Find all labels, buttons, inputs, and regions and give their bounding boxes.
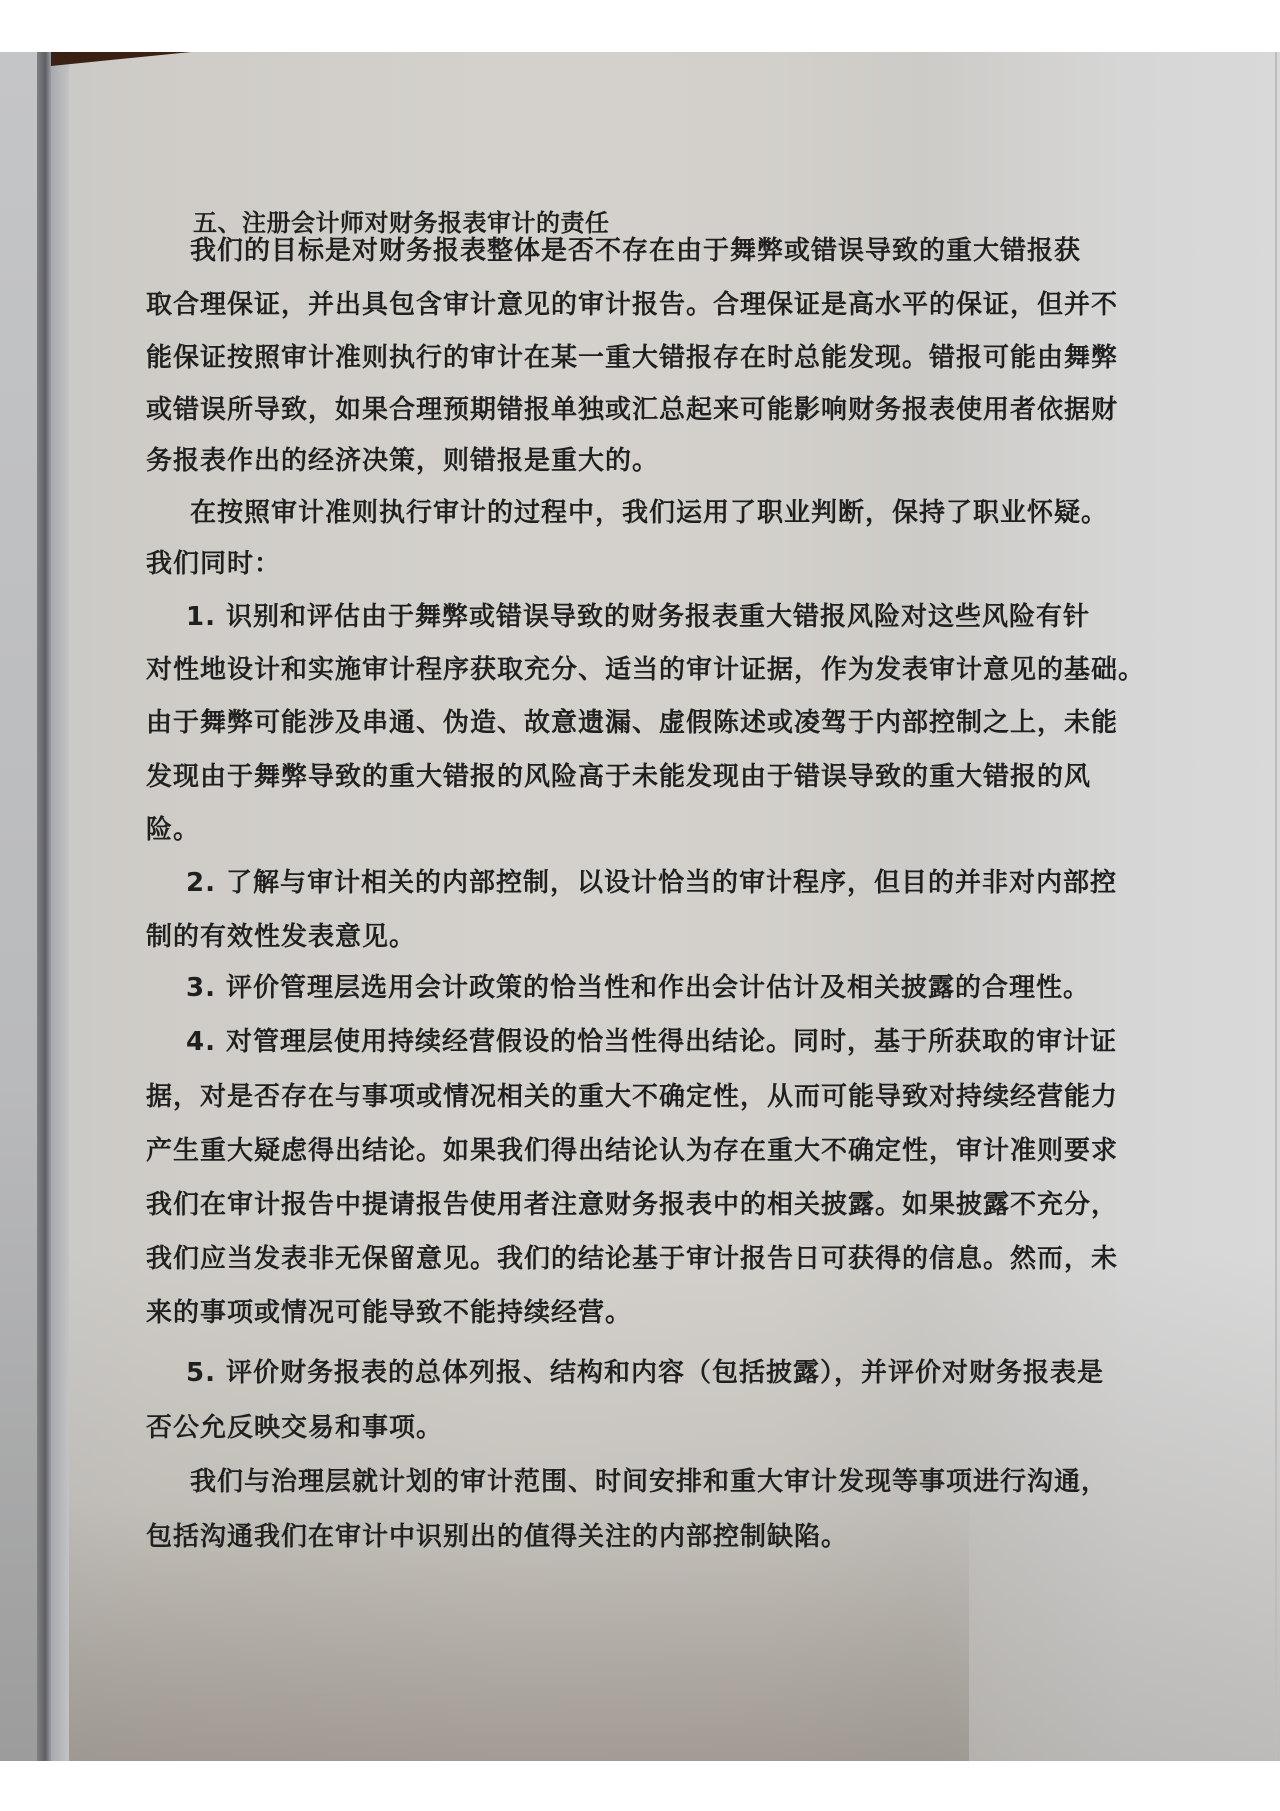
document-page: 五、注册会计师对财务报表审计的责任 我们的目标是对财务报表整体是否不存在由于舞弊… <box>0 0 1280 1811</box>
list-item-line: 由于舞弊可能涉及串通、伪造、故意遗漏、虚假陈述或凌驾于内部控制之上，未能 <box>146 708 1118 738</box>
section-heading: 五、注册会计师对财务报表审计的责任 <box>193 208 610 238</box>
list-item-line: 4. 对管理层使用持续经营假设的恰当性得出结论。同时，基于所获取的审计证 <box>186 1027 1117 1057</box>
list-item-line: 制的有效性发表意见。 <box>146 922 416 952</box>
paragraph-line: 能保证按照审计准则执行的审计在某一重大错报存在时总能发现。错报可能由舞弊 <box>146 343 1118 373</box>
list-item-line: 对性地设计和实施审计程序获取充分、适当的审计证据，作为发表审计意见的基础。 <box>146 655 1145 685</box>
list-item-line: 发现由于舞弊导致的重大错报的风险高于未能发现由于错误导致的重大错报的风 <box>146 762 1091 792</box>
list-item-line: 险。 <box>146 815 200 845</box>
paragraph-line: 包括沟通我们在审计中识别出的值得关注的内部控制缺陷。 <box>146 1522 848 1552</box>
list-item-line: 2. 了解与审计相关的内部控制，以设计恰当的审计程序，但目的并非对内部控 <box>186 868 1117 898</box>
paragraph-line: 务报表作出的经济决策，则错报是重大的。 <box>146 446 659 476</box>
paragraph-line: 我们的目标是对财务报表整体是否不存在由于舞弊或错误导致的重大错报获 <box>190 236 1081 266</box>
paragraph-line: 取合理保证，并出具包含审计意见的审计报告。合理保证是高水平的保证，但并不 <box>146 290 1118 320</box>
list-item-line: 我们在审计报告中提请报告使用者注意财务报表中的相关披露。如果披露不充分， <box>146 1190 1118 1220</box>
list-item-line: 我们应当发表非无保留意见。我们的结论基于审计报告日可获得的信息。然而，未 <box>146 1244 1118 1274</box>
paragraph-line: 在按照审计准则执行审计的过程中，我们运用了职业判断，保持了职业怀疑。 <box>190 498 1108 528</box>
list-item-line: 1. 识别和评估由于舞弊或错误导致的财务报表重大错报风险对这些风险有针 <box>186 602 1090 632</box>
list-item-line: 3. 评价管理层选用会计政策的恰当性和作出会计估计及相关披露的合理性。 <box>186 973 1090 1003</box>
list-item-line: 否公允反映交易和事项。 <box>146 1413 443 1443</box>
paragraph-line: 我们与治理层就计划的审计范围、时间安排和重大审计发现等事项进行沟通， <box>190 1467 1108 1497</box>
paragraph-line: 或错误所导致，如果合理预期错报单独或汇总起来可能影响财务报表使用者依据财 <box>146 395 1118 425</box>
list-item-line: 5. 评价财务报表的总体列报、结构和内容（包括披露），并评价对财务报表是 <box>186 1358 1104 1388</box>
list-item-line: 来的事项或情况可能导致不能持续经营。 <box>146 1298 632 1328</box>
list-item-line: 产生重大疑虑得出结论。如果我们得出结论认为存在重大不确定性，审计准则要求 <box>146 1136 1118 1166</box>
list-item-line: 据，对是否存在与事项或情况相关的重大不确定性，从而可能导致对持续经营能力 <box>146 1082 1118 1112</box>
paragraph-line: 我们同时： <box>146 549 281 579</box>
